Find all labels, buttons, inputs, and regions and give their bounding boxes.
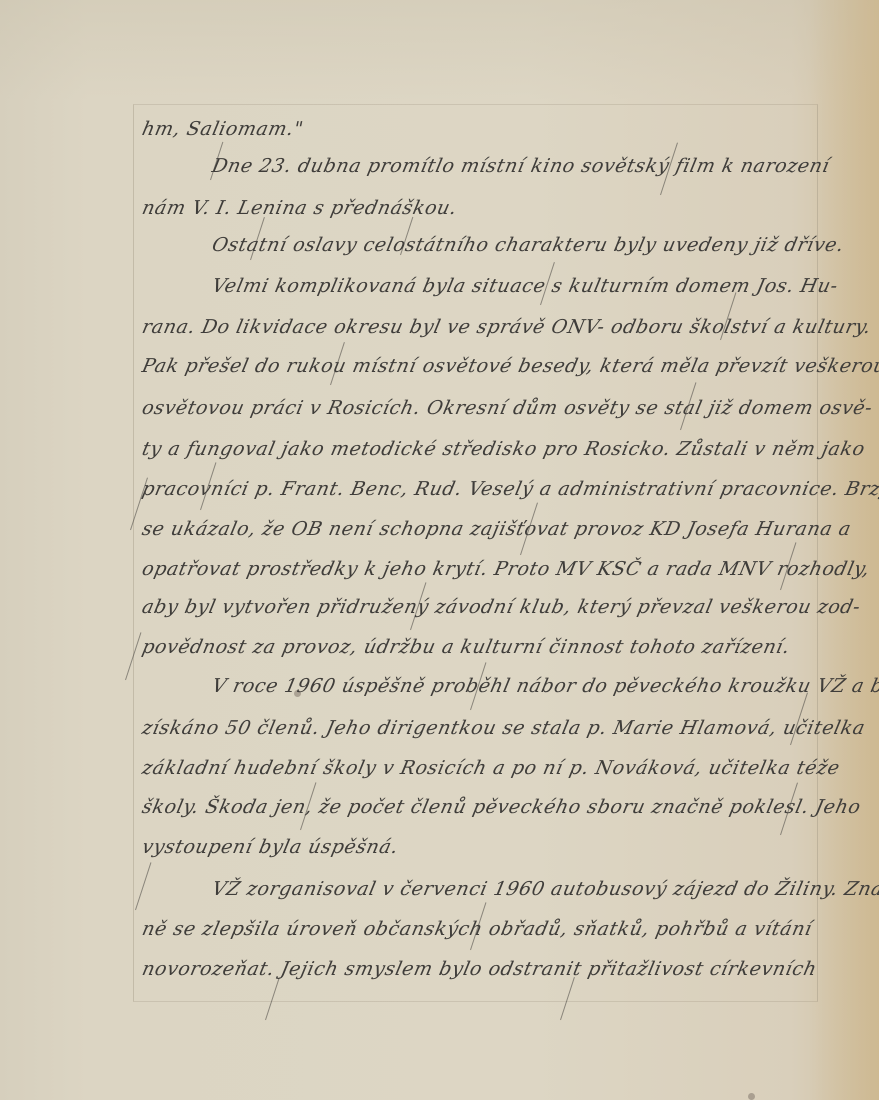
paper-spot [748,1093,755,1100]
text-line-9: ty a fungoval jako metodické středisko p… [140,438,845,460]
text-line-1: hm, Saliomam." [140,118,845,140]
text-line-6: rana. Do likvidace okresu byl ve správě … [140,316,845,338]
text-line-3: nám V. I. Lenina s přednáškou. [140,197,845,219]
text-line-8: osvětovou práci v Rosicích. Okresní dům … [140,397,845,419]
text-line-13: aby byl vytvořen přidružený závodní klub… [140,596,845,618]
text-line-21: ně se zlepšila úroveň občanských obřadů,… [140,918,845,940]
text-line-20: VŽ zorganisoval v červenci 1960 autobuso… [140,878,879,900]
text-line-5: Velmi komplikovaná byla situace s kultur… [140,275,879,297]
text-line-7: Pak přešel do rukou místní osvětové bese… [140,355,845,377]
text-line-15: V roce 1960 úspěšně proběhl nábor do pěv… [140,675,879,697]
text-line-22: novorozeňat. Jejich smyslem bylo odstran… [140,958,845,980]
text-line-19: vystoupení byla úspěšná. [140,836,845,858]
text-line-4: Ostatní oslavy celostátního charakteru b… [140,234,879,256]
text-line-12: opatřovat prostředky k jeho krytí. Proto… [140,558,845,580]
page-top-shadow [0,0,879,100]
text-line-14: povědnost za provoz, údržbu a kulturní č… [140,636,845,658]
text-line-16: získáno 50 členů. Jeho dirigentkou se st… [140,717,845,739]
text-line-18: školy. Škoda jen, že počet členů pěvecké… [140,796,845,818]
text-line-10: pracovníci p. Frant. Benc, Rud. Veselý a… [140,478,845,500]
text-line-2: Dne 23. dubna promítlo místní kino sovět… [140,155,879,177]
text-line-11: se ukázalo, že OB není schopna zajišťova… [140,518,845,540]
text-line-17: základní hudební školy v Rosicích a po n… [140,757,845,779]
